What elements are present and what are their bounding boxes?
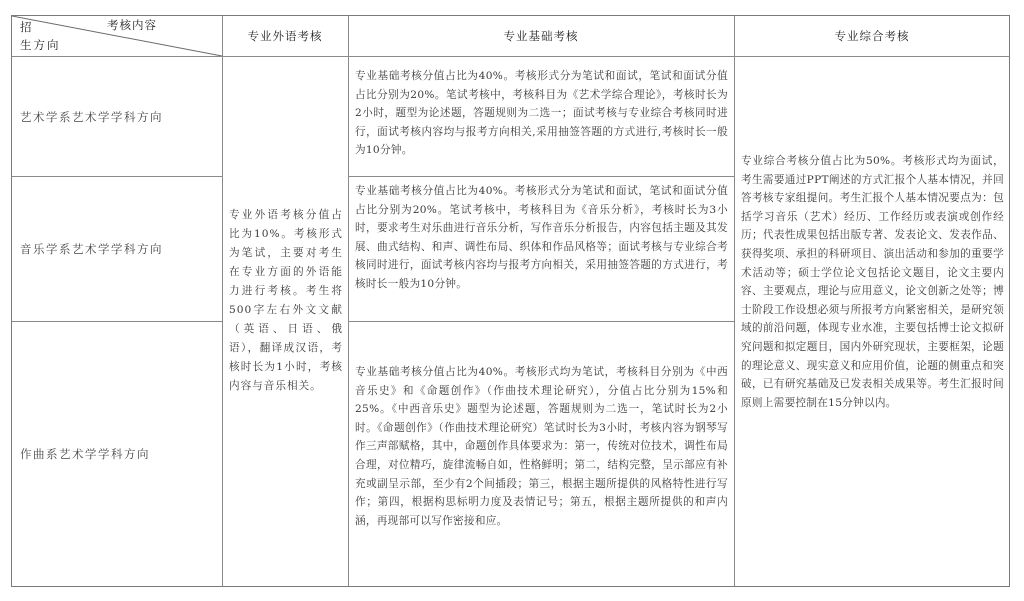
foundation-exam-musicology: 专业基础考核分值占比为40%。考核形式分为笔试和面试，笔试和面试分值占比分别为2…: [355, 182, 728, 294]
col-divider-2: [348, 16, 349, 586]
comprehensive-exam-text: 专业综合考核分值占比为50%。考核形式均为面试，考生需要通过PPT阐述的方式汇报…: [741, 152, 1004, 412]
header-foundation: 专业基础考核: [348, 16, 734, 56]
direction-art-studies: 艺术学系艺术学学科方向: [12, 57, 222, 176]
direction-musicology: 音乐学系艺术学学科方向: [12, 177, 222, 321]
direction-composition: 作曲系艺术学学科方向: [12, 322, 222, 586]
corner-label-enroll: 招: [20, 19, 32, 35]
header-foreign-language: 专业外语考核: [222, 16, 348, 56]
foundation-exam-composition: 专业基础考核分值占比为40%。考核形式均为笔试，考核科目分别为《中西音乐史》和《…: [355, 363, 728, 530]
header-corner-cell: 招 考核内容 生方向: [12, 16, 222, 56]
row-divider-2b: [348, 321, 734, 322]
exam-content-table: 招 考核内容 生方向 专业外语考核 专业基础考核 专业综合考核 艺术学系艺术学学…: [11, 15, 1010, 587]
foreign-language-exam-text: 专业外语考核分值占比为10%。考核形式为笔试，主要对考生在专业方面的外语能力进行…: [229, 206, 343, 396]
col-divider-3: [734, 16, 735, 586]
row-divider-1b: [348, 176, 734, 177]
corner-label-direction: 生方向: [20, 37, 61, 53]
header-comprehensive: 专业综合考核: [734, 16, 1010, 56]
corner-label-exam-content: 考核内容: [107, 17, 157, 33]
col-divider-1: [222, 16, 223, 586]
foundation-exam-art-studies: 专业基础考核分值占比为40%。考核形式分为笔试和面试，笔试和面试分值占比分别为2…: [355, 67, 728, 160]
